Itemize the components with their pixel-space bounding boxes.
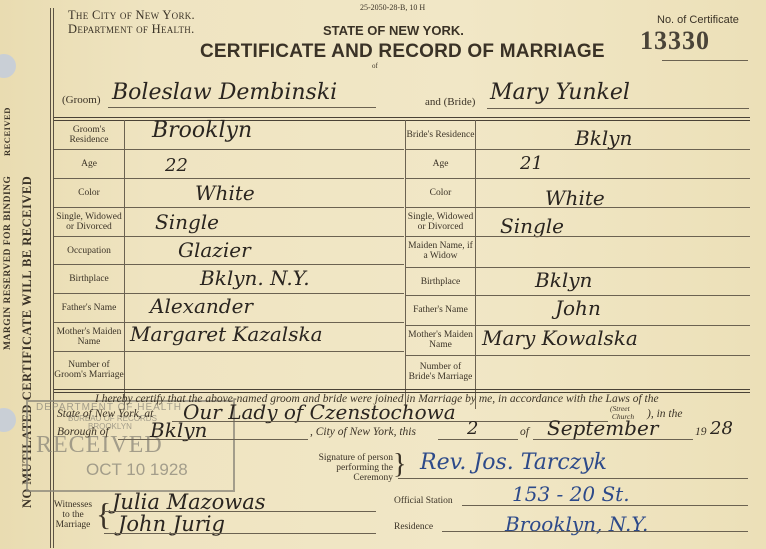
bride-age-label: Age [406, 150, 475, 178]
page-title: CERTIFICATE AND RECORD OF MARRIAGE [200, 41, 605, 63]
year-value: 28 [710, 418, 733, 439]
bride-marital-status-value: Single [500, 214, 564, 238]
state-prefix: State of New York, at [57, 408, 153, 420]
bride-birthplace-label: Birthplace [406, 268, 475, 296]
certificate-paper: RECEIVED MARGIN RESERVED FOR BINDING NO … [0, 0, 766, 549]
borough-rule [118, 439, 308, 440]
bride-maiden-name-label: Maiden Name, if a Widow [406, 237, 475, 265]
city-text: , City of New York, this [310, 426, 416, 438]
certificate-number-rule [662, 60, 748, 61]
bride-marital-status-label: Single, Widowed or Divorced [406, 208, 475, 236]
groom-father-label: Father's Name [54, 294, 124, 322]
bride-label-divider [475, 120, 476, 409]
agency-department: Department of Health. [68, 22, 195, 37]
signature-brace: } [393, 450, 406, 480]
day-value: 2 [467, 418, 478, 439]
residence-rule [442, 531, 748, 532]
day-rule [438, 439, 518, 440]
official-station-label: Official Station [394, 496, 453, 506]
bride-color-label: Color [406, 179, 475, 207]
officiant-residence-value: Brooklyn, N.Y. [505, 512, 648, 536]
year-prefix: 19 [695, 426, 707, 438]
groom-occupation-label: Occupation [54, 237, 124, 265]
of-month-text: of [520, 426, 529, 438]
form-number: 25-2050-28-B, 10 H [360, 3, 425, 12]
groom-birthplace-label: Birthplace [54, 265, 124, 293]
bride-label: and (Bride) [425, 96, 475, 108]
punch-hole-top [0, 54, 16, 78]
month-rule [533, 439, 693, 440]
certificate-number: 13330 [640, 26, 710, 56]
bride-age-value: 21 [520, 153, 543, 174]
month-value: September [547, 416, 658, 440]
bride-birthplace-value: Bklyn [535, 268, 592, 292]
groom-name-rule [108, 107, 376, 108]
groom-mother-value: Margaret Kazalska [130, 322, 323, 346]
groom-residence-label: Groom's Residence [54, 120, 124, 150]
witness-2-rule [104, 533, 376, 534]
location-rule [172, 421, 608, 422]
groom-age-value: 22 [165, 155, 188, 176]
bride-father-value: John [555, 296, 601, 320]
state-heading: STATE OF NEW YORK. [323, 23, 464, 38]
bride-name-rule [487, 108, 749, 109]
groom-marital-status-label: Single, Widowed or Divorced [54, 208, 124, 236]
groom-label: (Groom) [62, 94, 101, 106]
official-station-value: 153 - 20 St. [512, 482, 630, 506]
groom-marital-status-value: Single [155, 210, 219, 234]
witnesses-brace: { [96, 498, 111, 530]
groom-birthplace-value: Bklyn. N.Y. [200, 266, 310, 290]
groom-residence-value: Brooklyn [152, 118, 252, 143]
certificate-number-label: No. of Certificate [657, 14, 739, 26]
groom-marriage-number-label: Number of Groom's Marriage [54, 352, 124, 388]
bride-father-label: Father's Name [406, 296, 475, 324]
groom-color-label: Color [54, 179, 124, 207]
groom-mother-label: Mother's Maiden Name [54, 323, 124, 351]
bride-marriage-number-label: Number of Bride's Marriage [406, 355, 475, 389]
stamp-date: OCT 10 1928 [86, 460, 188, 480]
signature-rule [398, 478, 748, 479]
groom-father-value: Alexander [150, 294, 253, 318]
residence-label: Residence [394, 522, 433, 532]
groom-name: Boleslaw Dembinski [112, 80, 337, 105]
officiant-signature: Rev. Jos. Tarczyk [420, 450, 607, 475]
of-text: of [372, 62, 378, 70]
bride-residence-value: Bklyn [575, 126, 632, 150]
witnesses-label: Witnesses to the Marriage [50, 500, 96, 530]
groom-occupation-value: Glazier [178, 238, 251, 262]
bride-name: Mary Yunkel [490, 80, 630, 105]
groom-age-label: Age [54, 150, 124, 178]
bride-residence-label: Bride's Residence [406, 120, 475, 150]
bride-mother-value: Mary Kowalska [482, 326, 638, 350]
borough-prefix: Borough of [57, 426, 109, 438]
agency-city: The City of New York. [68, 8, 195, 23]
signature-label: Signature of person performing the Cerem… [305, 453, 393, 483]
punch-hole-bottom [0, 408, 16, 432]
margin-binding-text: MARGIN RESERVED FOR BINDING [3, 176, 13, 350]
table-bottom-rule [54, 389, 750, 390]
station-rule [462, 505, 748, 506]
bride-mother-label: Mother's Maiden Name [406, 326, 475, 354]
margin-received-text: RECEIVED [2, 107, 12, 156]
groom-color-value: White [195, 181, 255, 205]
